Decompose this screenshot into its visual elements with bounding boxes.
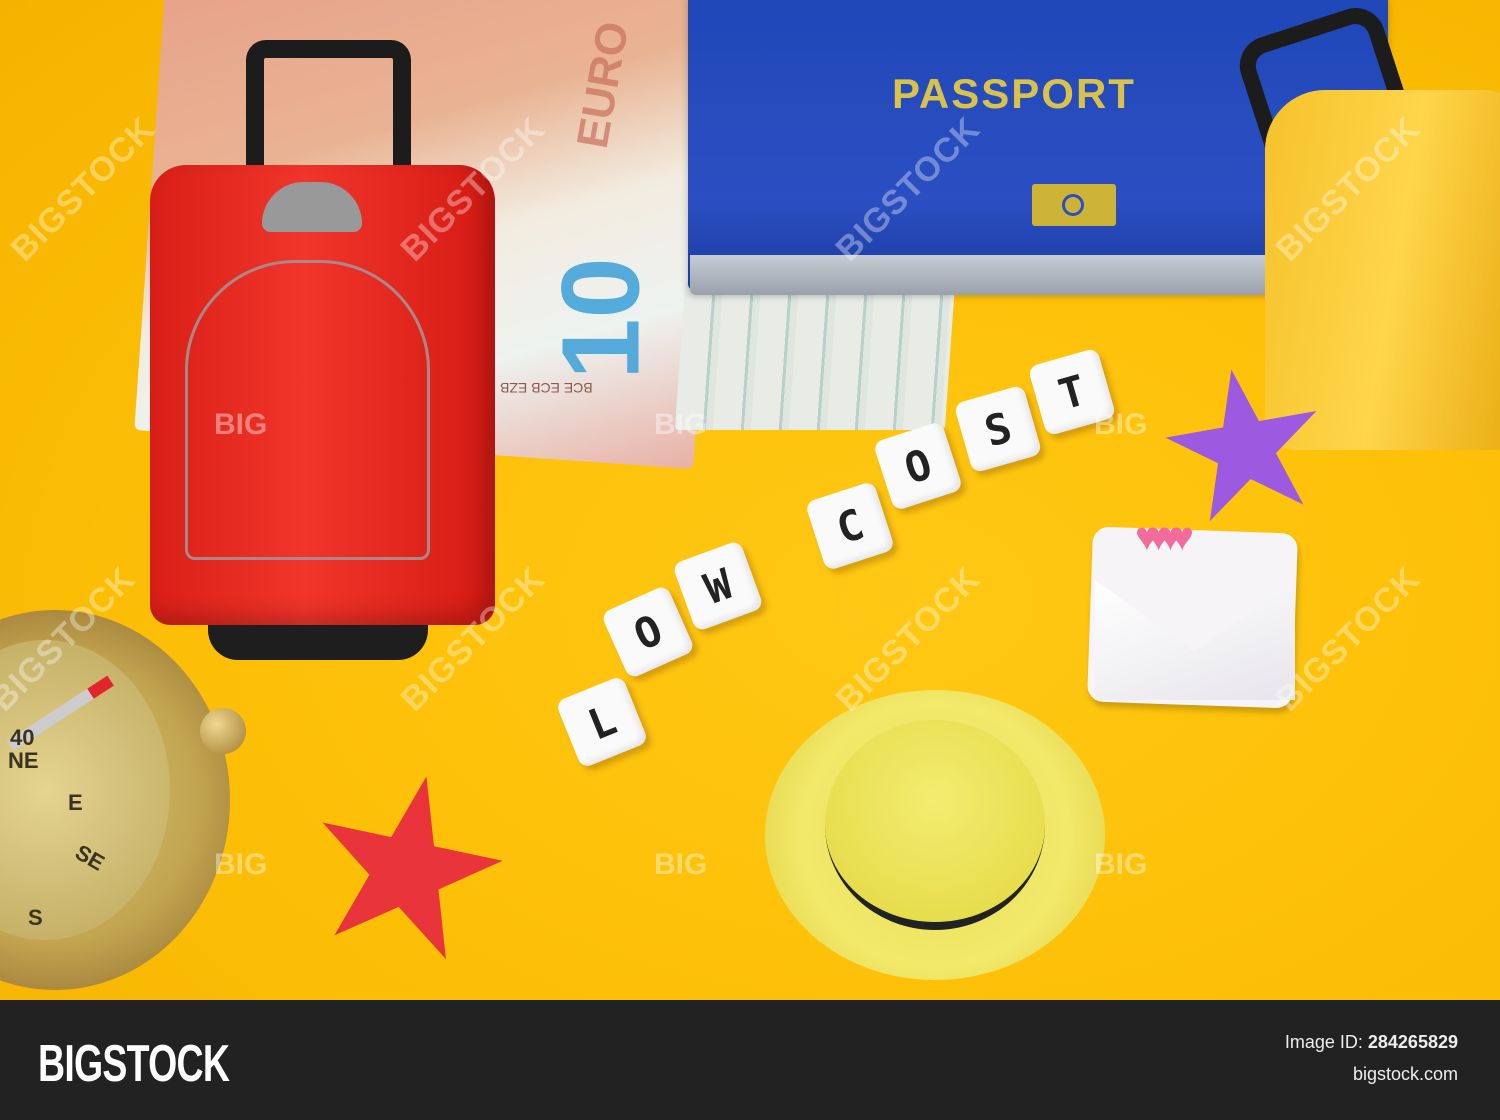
red-starfish-icon: ★ <box>277 725 537 1000</box>
site-link[interactable]: bigstock.com <box>1353 1064 1458 1085</box>
stock-photo: EURO 10 BCE ECB EZB PASSPORT ★ ♥♥♥♥ L O … <box>0 0 1500 1000</box>
compass-label: NE <box>8 748 39 774</box>
banknote-print-text: BCE ECB EZB <box>500 380 593 396</box>
image-id-value: 284265829 <box>1368 1032 1458 1052</box>
cube-letter: S <box>953 384 1042 473</box>
watermark-small: BIG <box>214 848 267 882</box>
banknote-stack <box>675 280 955 430</box>
cube-letter: C <box>805 481 896 572</box>
passport-title: PASSPORT <box>892 70 1136 118</box>
bigstock-logo: BIGSTOCK <box>38 1034 229 1094</box>
watermark: BIGSTOCK <box>4 110 164 270</box>
passport-pages <box>690 255 1305 295</box>
straw-hat-crown <box>825 720 1045 930</box>
cube-letter: O <box>873 421 964 512</box>
compass-label: S <box>28 905 43 931</box>
watermark-small: BIG <box>654 848 707 882</box>
watermark-small: BIG <box>1094 408 1147 442</box>
cube-letter: W <box>672 540 764 632</box>
cube-letter: O <box>600 584 695 679</box>
cube-letter: L <box>555 675 649 769</box>
biometric-chip-icon <box>1032 184 1116 226</box>
footer-bar: BIGSTOCK Image ID: 284265829 bigstock.co… <box>0 1000 1500 1120</box>
watermark-small: BIG <box>214 408 267 442</box>
image-id: Image ID: 284265829 <box>1285 1032 1458 1053</box>
watermark-small: BIG <box>1094 848 1147 882</box>
compass-knob <box>200 708 246 754</box>
compass-label: E <box>68 790 83 816</box>
banknote-denomination: 10 <box>538 257 665 379</box>
hearts-icon: ♥♥♥♥ <box>1135 515 1182 560</box>
watermark-small: BIG <box>654 408 707 442</box>
image-id-label: Image ID: <box>1285 1032 1363 1052</box>
